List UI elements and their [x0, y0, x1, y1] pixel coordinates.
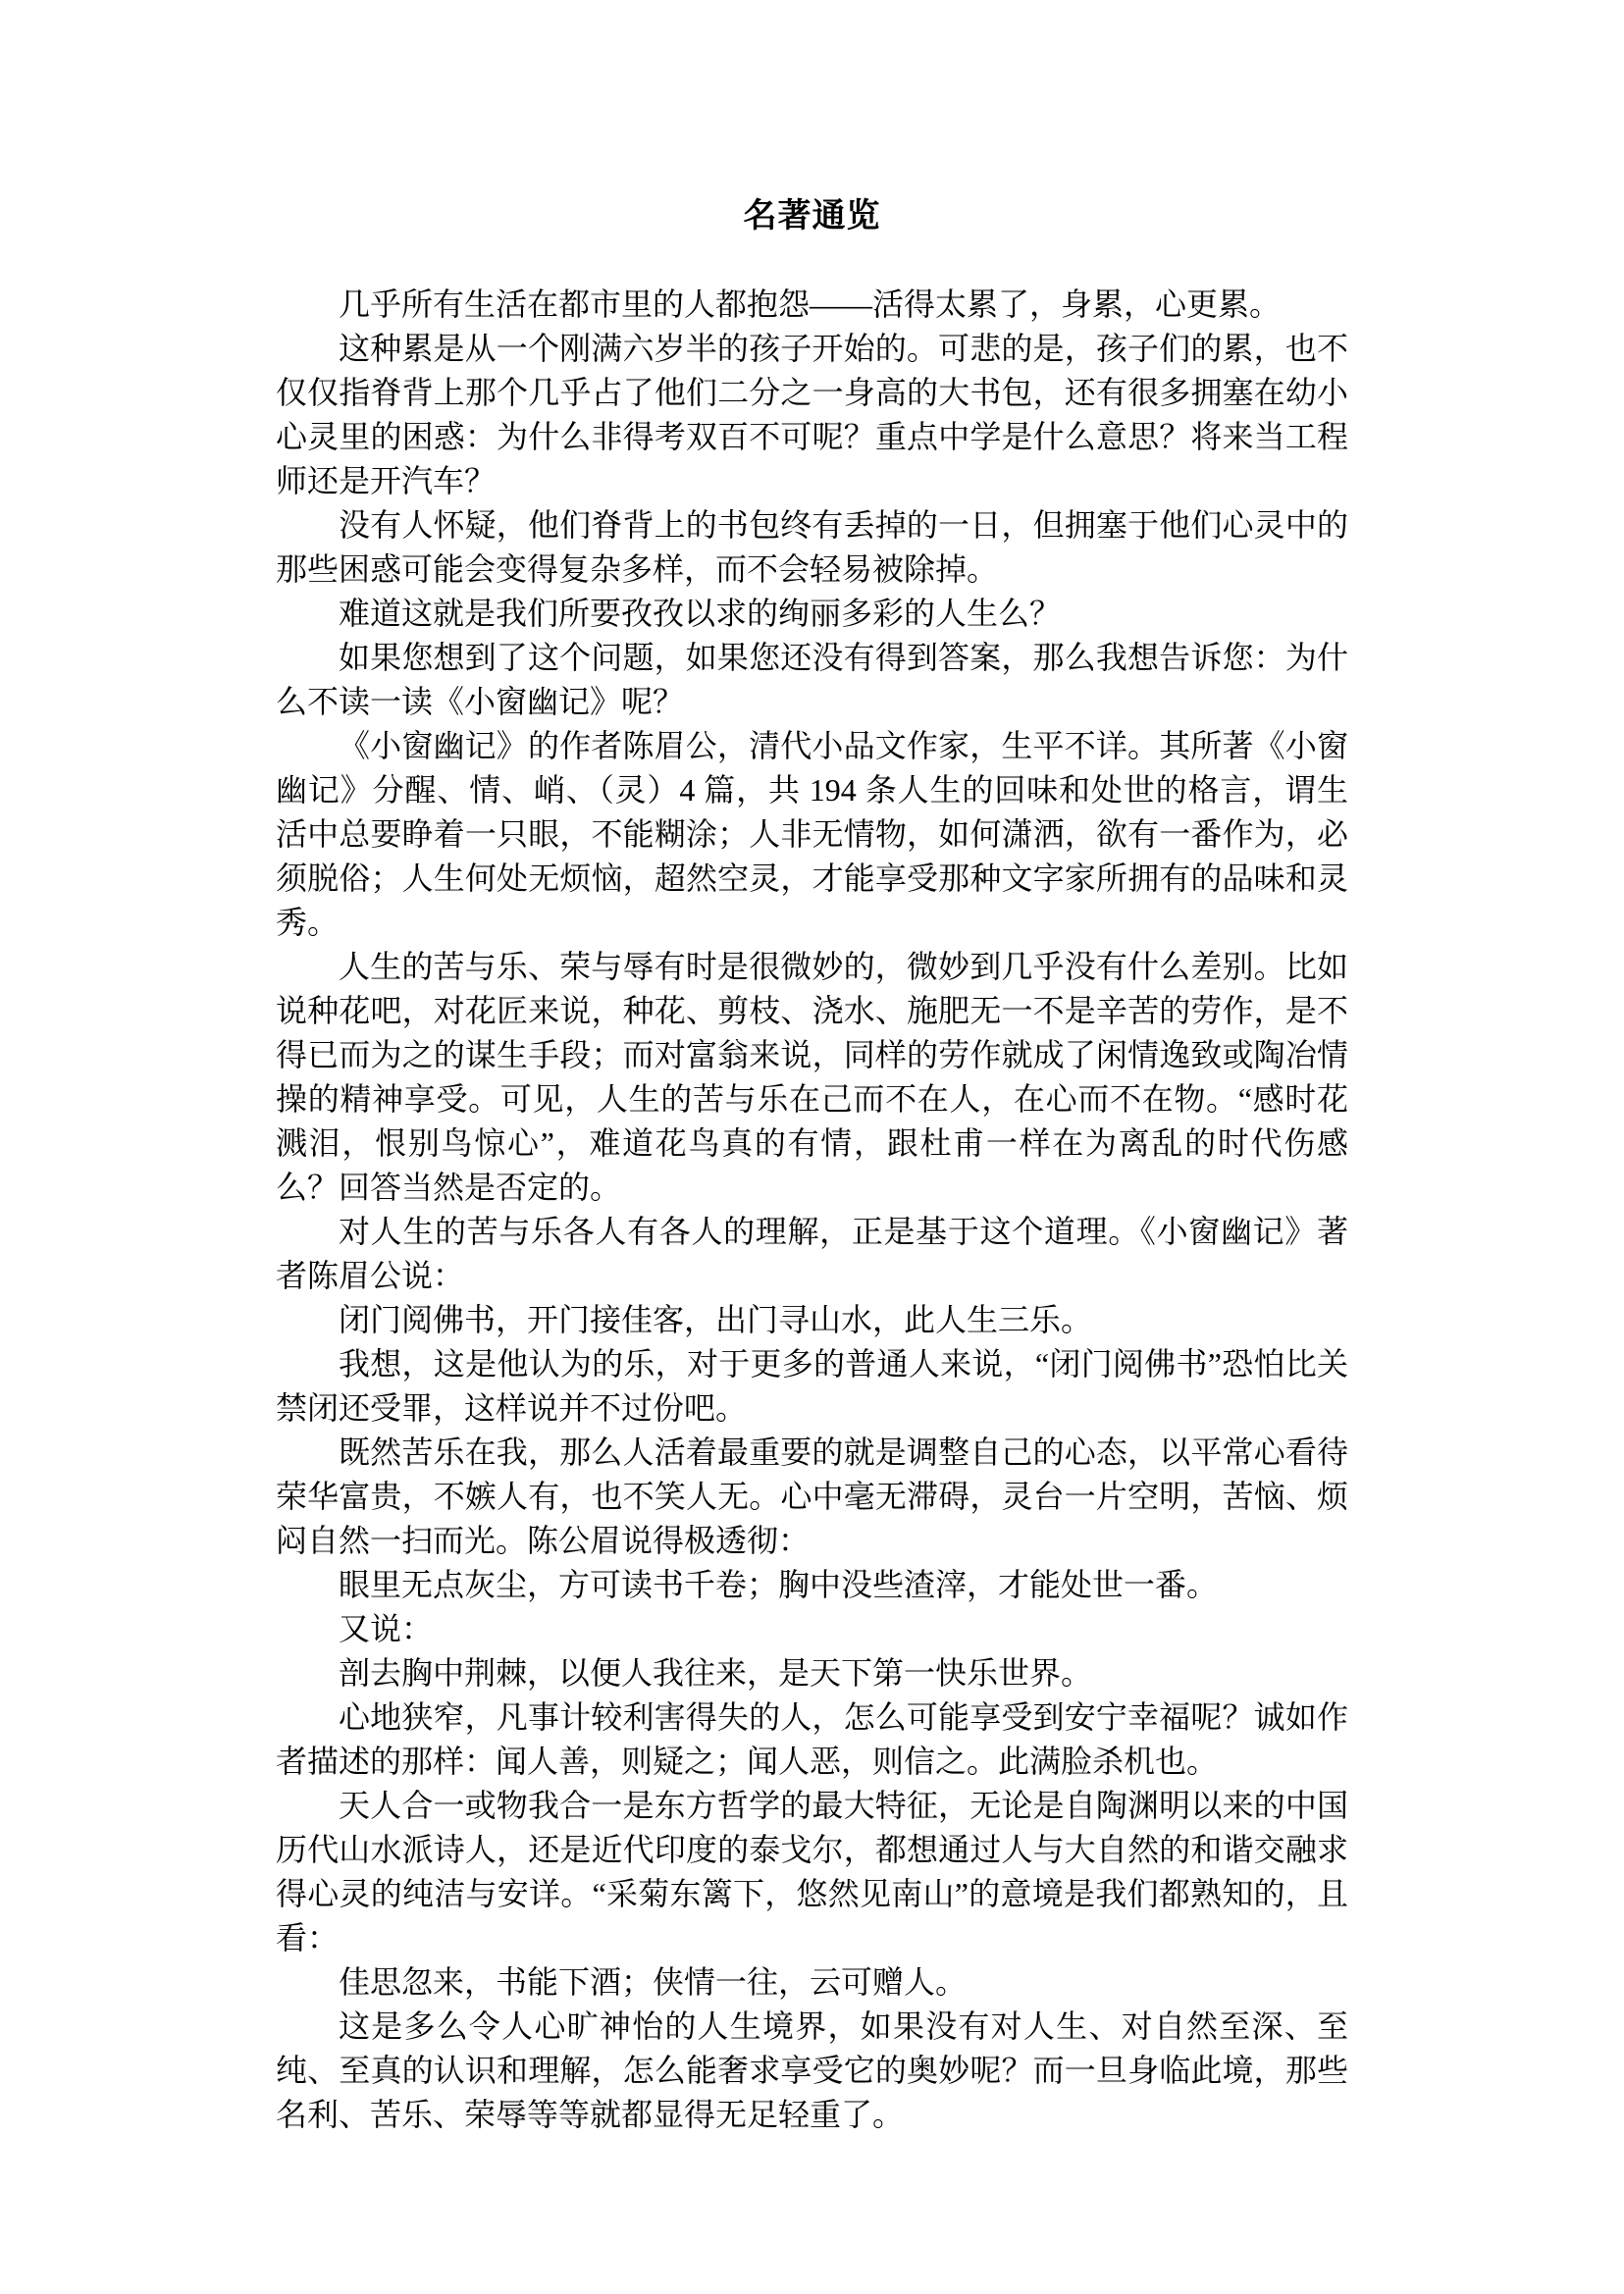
paragraph: 如果您想到了这个问题，如果您还没有得到答案，那么我想告诉您：为什么不读一读《小窗… [276, 636, 1348, 724]
paragraph: 佳思忽来，书能下酒；侠情一往，云可赠人。 [276, 1960, 1348, 2005]
paragraph: 又说： [276, 1607, 1348, 1651]
paragraph: 难道这就是我们所要孜孜以求的绚丽多彩的人生么？ [276, 592, 1348, 636]
document-body: 几乎所有生活在都市里的人都抱怨——活得太累了，身累，心更累。这种累是从一个刚满六… [276, 283, 1348, 2137]
paragraph: 心地狭窄，凡事计较利害得失的人，怎么可能享受到安宁幸福呢？诚如作者描述的那样：闻… [276, 1695, 1348, 1784]
paragraph: 天人合一或物我合一是东方哲学的最大特征，无论是自陶渊明以来的中国历代山水派诗人，… [276, 1784, 1348, 1960]
paragraph: 眼里无点灰尘，方可读书千卷；胸中没些渣滓，才能处世一番。 [276, 1563, 1348, 1607]
document-page: 名著通览 几乎所有生活在都市里的人都抱怨——活得太累了，身累，心更累。这种累是从… [0, 0, 1624, 2294]
paragraph: 人生的苦与乐、荣与辱有时是很微妙的，微妙到几乎没有什么差别。比如说种花吧，对花匠… [276, 945, 1348, 1210]
paragraph: 对人生的苦与乐各人有各人的理解，正是基于这个道理。《小窗幽记》著者陈眉公说： [276, 1210, 1348, 1298]
paragraph: 这是多么令人心旷神怡的人生境界，如果没有对人生、对自然至深、至纯、至真的认识和理… [276, 2005, 1348, 2137]
paragraph: 这种累是从一个刚满六岁半的孩子开始的。可悲的是，孩子们的累，也不仅仅指脊背上那个… [276, 327, 1348, 503]
paragraph: 几乎所有生活在都市里的人都抱怨——活得太累了，身累，心更累。 [276, 283, 1348, 327]
paragraph: 《小窗幽记》的作者陈眉公，清代小品文作家，生平不详。其所著《小窗幽记》分醒、情、… [276, 724, 1348, 945]
paragraph: 既然苦乐在我，那么人活着最重要的就是调整自己的心态，以平常心看待荣华富贵，不嫉人… [276, 1431, 1348, 1563]
paragraph: 闭门阅佛书，开门接佳客，出门寻山水，此人生三乐。 [276, 1298, 1348, 1342]
paragraph: 没有人怀疑，他们脊背上的书包终有丢掉的一日，但拥塞于他们心灵中的那些困惑可能会变… [276, 503, 1348, 592]
paragraph: 剖去胸中荆棘，以便人我往来，是天下第一快乐世界。 [276, 1651, 1348, 1695]
paragraph: 我想，这是他认为的乐，对于更多的普通人来说，“闭门阅佛书”恐怕比关禁闭还受罪，这… [276, 1342, 1348, 1431]
document-title: 名著通览 [276, 193, 1348, 238]
